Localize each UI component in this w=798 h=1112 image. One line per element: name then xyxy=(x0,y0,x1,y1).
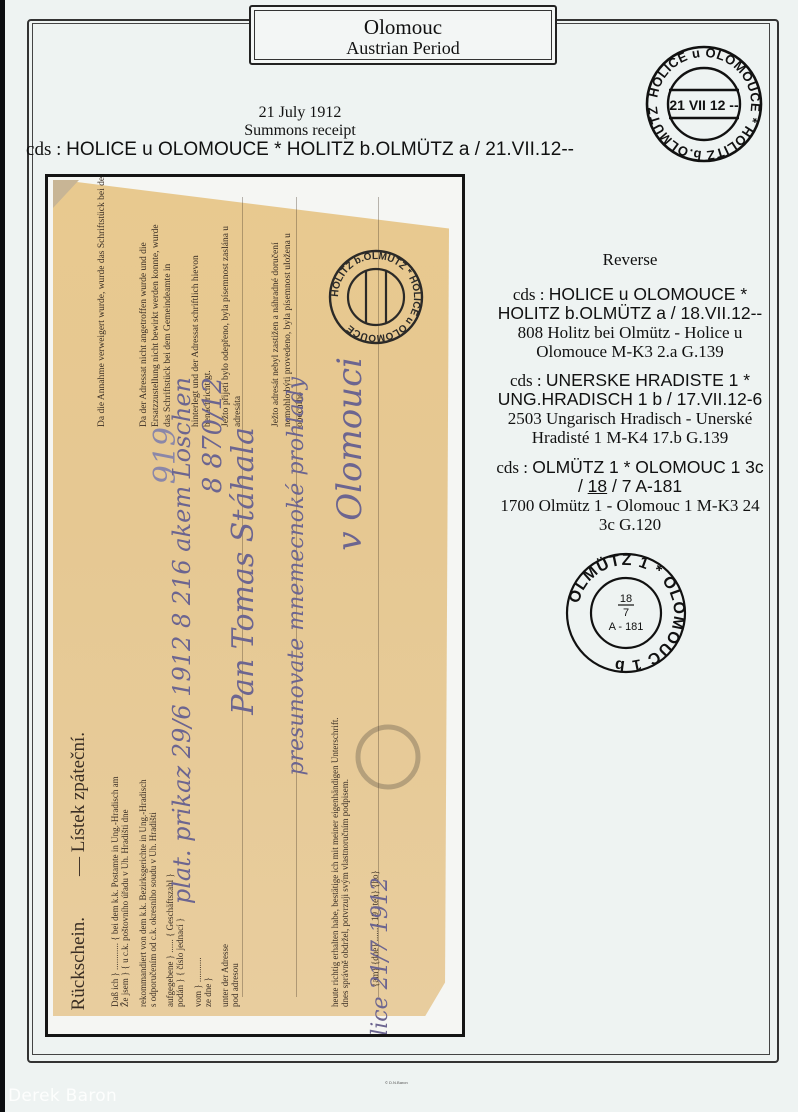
svg-text:18: 18 xyxy=(620,593,632,605)
form-line: s odporučením od c.k. okresního soudu v … xyxy=(148,707,158,1007)
catalog-line: 3c G.120 xyxy=(462,515,798,534)
form-line: heute richtig erhalten habe, bestätige i… xyxy=(330,617,340,1007)
form-line: unter der Adresse xyxy=(220,907,230,1007)
form-line: pod adresou xyxy=(230,937,240,1007)
item-type: Summons receipt xyxy=(0,122,600,139)
document-scan: Da die Annahme verweigert wurde, wurde d… xyxy=(45,174,465,1037)
side-note: Da die Annahme verweigert wurde, wurde d… xyxy=(96,217,108,427)
form-line: rekommandiert von dem k.k. Bezirksgerich… xyxy=(138,707,148,1007)
postmark-olmutz-icon: 18 7 A - 181 OLMÜTZ 1 * OLOMOUC 1 b xyxy=(563,552,689,674)
watermark: Derek Baron xyxy=(8,1086,117,1106)
catalog-line: Olomouce M-K3 2.a G.139 xyxy=(462,342,798,361)
postmark-holice-icon: 21 VII 12 -- HOLICE u OLOMOUCE * HOLITZ … xyxy=(641,44,767,164)
cds-day-underlined: 18 xyxy=(588,476,607,496)
catalog-line: 1700 Olmütz 1 - Olomouc 1 M-K3 24 xyxy=(462,496,798,515)
scan-edge-strip xyxy=(0,0,5,1112)
cds-text: HOLICE u OLOMOUCE * HOLITZ b.OLMÜTZ a / … xyxy=(66,139,574,160)
svg-text:A - 181: A - 181 xyxy=(609,621,644,633)
cds-line: HOLITZ b.OLMÜTZ a / 18.VII.12-- xyxy=(462,304,798,323)
cds-label: cds : xyxy=(26,139,66,160)
cds-line: UNERSKE HRADISTE 1 * xyxy=(546,370,750,390)
page-title: Olomouc xyxy=(255,16,551,38)
cds-line: / 18 / 7 A-181 xyxy=(462,477,798,496)
form-line: ze dne } xyxy=(203,937,213,1007)
reverse-block-3: cds : OLMÜTZ 1 * OLOMOUC 1 3c / 18 / 7 A… xyxy=(462,458,798,534)
form-line: Daß ich } ............ { bei dem k.k. Po… xyxy=(110,647,120,1007)
copyright-note: © D.N.Baron xyxy=(385,1080,408,1085)
item-cds: cds : HOLICE u OLOMOUCE * HOLITZ b.OLMÜT… xyxy=(0,139,600,161)
form-line: dnes správně obdržel, potvrzuji svým vla… xyxy=(340,617,350,1007)
document-heading-de: Rückschein. xyxy=(68,917,90,1010)
reverse-heading: Reverse xyxy=(462,250,798,270)
catalog-line: 2503 Ungarisch Hradisch - Unerské xyxy=(462,409,798,428)
form-line: vom } ........... xyxy=(193,907,203,1007)
handwriting: presunovate mnemecnoké prohlady xyxy=(284,377,309,776)
handwriting: Pan Tomas Stáhala xyxy=(226,427,261,715)
item-date: 21 July 1912 xyxy=(0,104,600,121)
cds-part: / xyxy=(578,476,588,496)
reverse-block-2: cds : UNERSKE HRADISTE 1 * UNG.HRADISCH … xyxy=(462,371,798,447)
cds-line: UNG.HRADISCH 1 b / 17.VII.12-6 xyxy=(462,390,798,409)
handwriting: plat. prikaz 29/6 1912 8 216 akem Losche… xyxy=(168,377,196,904)
cds-line: OLMÜTZ 1 * OLOMOUC 1 3c xyxy=(532,457,763,477)
cds-part: / 7 A-181 xyxy=(607,476,682,496)
catalog-line: Hradisté 1 M-K4 17.b G.139 xyxy=(462,428,798,447)
handwriting: v Olomouci xyxy=(330,357,370,551)
cds-label: cds : xyxy=(510,371,546,390)
title-box: Olomouc Austrian Period xyxy=(249,5,557,65)
handwriting: Holice 21/7 1912 xyxy=(368,877,393,1037)
svg-text:21 VII 12 --: 21 VII 12 -- xyxy=(669,97,739,113)
page-subtitle: Austrian Period xyxy=(255,38,551,58)
form-line: Že jsem } { u c.k. poštovního úřadu v Uh… xyxy=(120,647,130,1007)
cds-label: cds : xyxy=(513,285,549,304)
reverse-block-1: cds : HOLICE u OLOMOUCE * HOLITZ b.OLMÜT… xyxy=(462,285,798,361)
cds-label: cds : xyxy=(496,458,532,477)
handwriting: 8 870/12 xyxy=(198,377,228,493)
faint-postmark-icon xyxy=(353,722,423,792)
cds-line: HOLICE u OLOMOUCE * xyxy=(549,284,747,304)
document-heading-cz: — Lístek zpáteční. xyxy=(68,732,90,876)
document-postmark-icon: HOLITZ b.OLMÜTZ * HOLICE u OLOMOUCE xyxy=(326,247,426,347)
svg-text:7: 7 xyxy=(623,607,629,619)
catalog-line: 808 Holitz bei Olmütz - Holice u xyxy=(462,323,798,342)
